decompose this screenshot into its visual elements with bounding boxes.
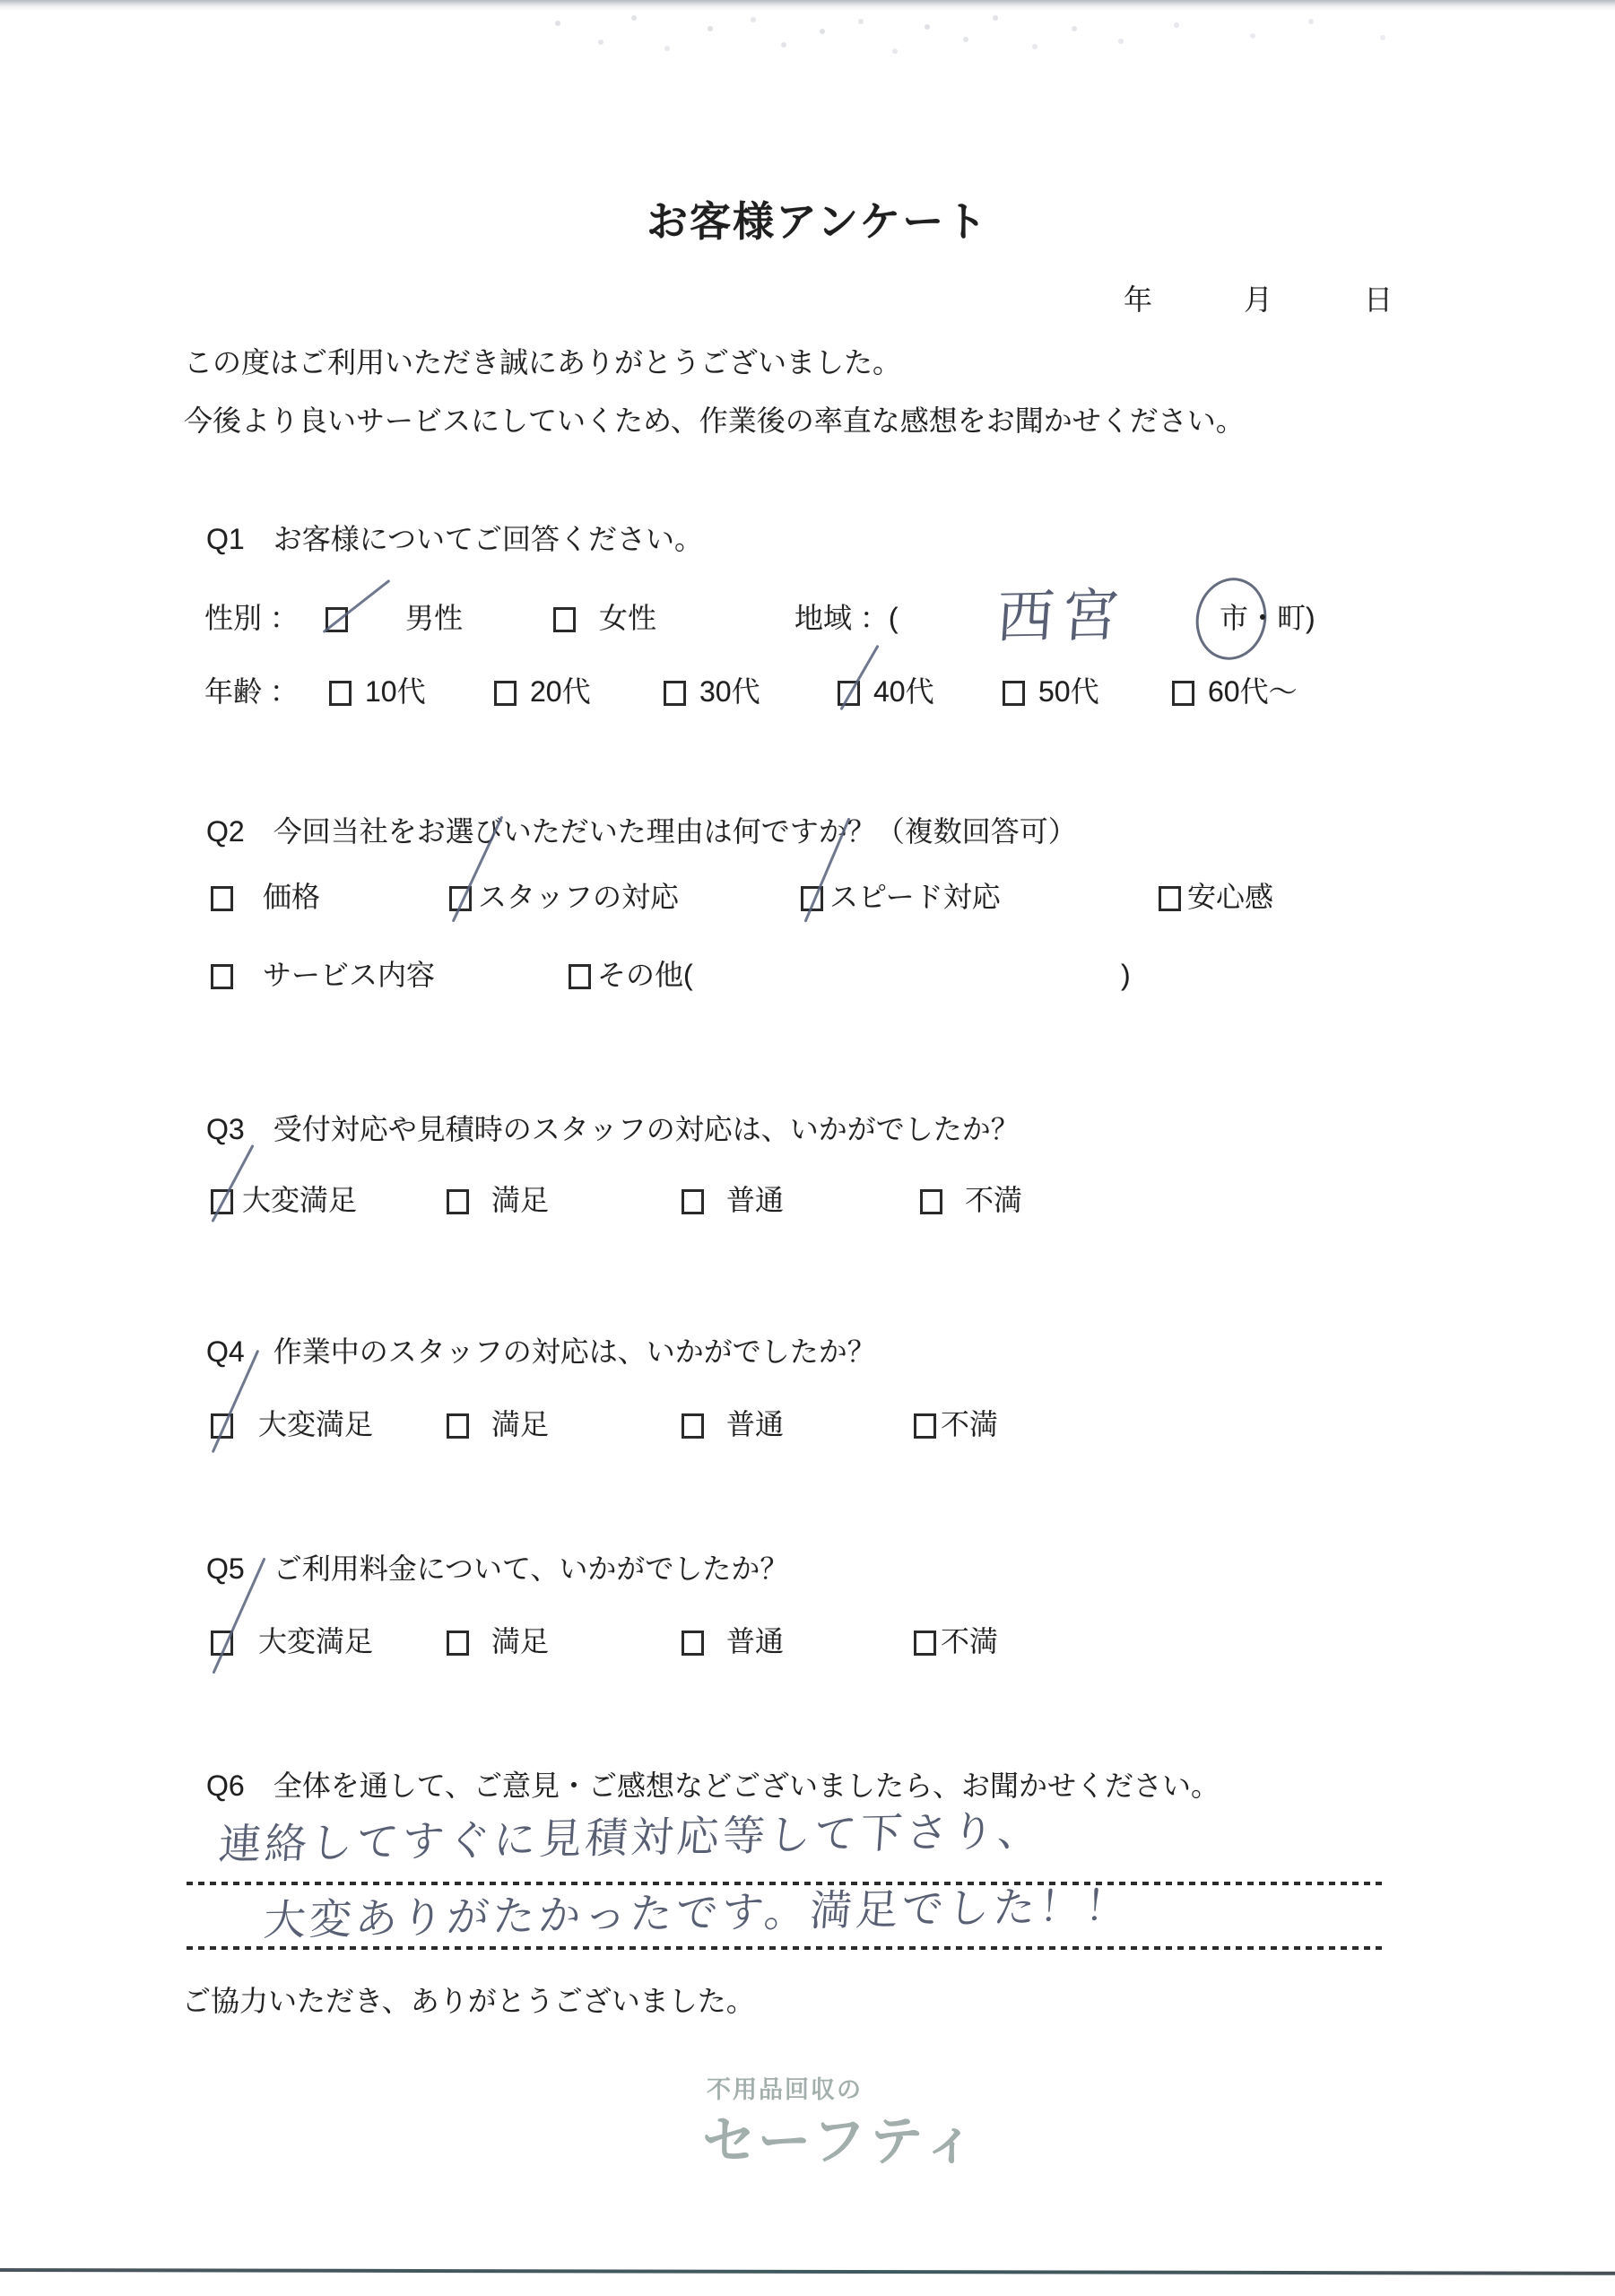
date-year-label: 年: [1124, 283, 1152, 317]
q1-age-30s-label: 30代: [699, 674, 760, 709]
scanned-survey-page: お客様アンケート 年 月 日 この度はご利用いただき誠にありがとうございました。…: [0, 0, 1615, 2296]
q3-dissatisfied-checkbox: [920, 1189, 942, 1214]
q2-price-label: 価格: [263, 880, 320, 914]
q5-neutral-checkbox: [682, 1631, 704, 1656]
footer-logo-brand: セーフティ: [702, 2099, 980, 2176]
q3-neutral-label: 普通: [726, 1183, 784, 1217]
q1-age-50s-label: 50代: [1038, 674, 1099, 709]
q5-dissatisfied-label: 不満: [941, 1624, 998, 1658]
q1-male-check-mark: [323, 579, 391, 633]
q3-neutral-checkbox: [682, 1189, 704, 1214]
q5-dissatisfied-checkbox: [914, 1631, 936, 1656]
q3-heading: Q3 受付対応や見積時のスタッフの対応は、いかがでしたか？: [206, 1112, 1020, 1146]
intro-line-2: 今後より良いサービスにしていくため、作業後の率直な感想をお聞かせください。: [184, 404, 1245, 438]
q3-very-satisfied-label: 大変満足: [242, 1183, 357, 1217]
q5-heading: Q5 ご利用料金について、いかがでしたか？: [206, 1552, 788, 1586]
q1-region-unit: 市・町): [1220, 601, 1315, 635]
q2-speed-response-label: スピード対応: [829, 880, 1001, 914]
intro-line-1: この度はご利用いただき誠にありがとうございました。: [184, 345, 901, 379]
q1-age-20s-label: 20代: [530, 674, 591, 709]
q1-age-20s-checkbox: [494, 681, 517, 706]
q2-heading: Q2 今回当社をお選びいただいた理由は何ですか？（複数回答可）: [206, 814, 1077, 848]
q2-price-checkbox: [211, 886, 233, 911]
q4-very-satisfied-label: 大変満足: [258, 1407, 373, 1441]
q4-dissatisfied-checkbox: [914, 1413, 936, 1439]
q1-heading: Q1 お客様についてご回答ください。: [206, 522, 703, 556]
q6-heading: Q6 全体を通して、ご意見・ご感想などございましたら、お聞かせください。: [206, 1769, 1220, 1803]
q2-reliability-label: 安心感: [1187, 880, 1273, 914]
q2-service-content-checkbox: [211, 964, 233, 989]
q1-female-label: 女性: [599, 601, 656, 635]
q1-age-30s-checkbox: [664, 681, 686, 706]
q1-age-label: 年齢 ：: [204, 674, 299, 709]
q5-satisfied-label: 満足: [491, 1624, 549, 1658]
q4-neutral-checkbox: [682, 1413, 704, 1439]
q1-region-label: 地域 ：(: [794, 601, 899, 635]
q1-female-checkbox: [553, 607, 576, 632]
q3-satisfied-checkbox: [447, 1189, 469, 1214]
q2-reliability-checkbox: [1159, 886, 1181, 911]
scan-speckle-noise: [0, 0, 4, 4]
scan-bottom-edge-line: [0, 2268, 1615, 2275]
q3-satisfied-label: 満足: [491, 1183, 549, 1217]
q1-region-handwritten-value: 西宮: [994, 570, 1130, 654]
q6-answer-dotted-line-2: [187, 1946, 1386, 1950]
date-day-label: 日: [1364, 283, 1393, 317]
q6-handwritten-comment-line-1: 連絡してすぐに見積対応等して下さり、: [217, 1797, 1046, 1872]
q1-gender-label: 性別 ：: [204, 601, 299, 635]
q1-age-60s-label: 60代～: [1208, 674, 1298, 709]
q1-age-50s-checkbox: [1003, 681, 1025, 706]
q4-dissatisfied-label: 不満: [941, 1407, 998, 1441]
q1-region-unit-rest: ・町): [1248, 602, 1315, 634]
date-month-label: 月: [1244, 283, 1272, 317]
q4-neutral-label: 普通: [726, 1407, 784, 1441]
q2-other-label: その他(: [597, 958, 693, 992]
q3-dissatisfied-label: 不満: [965, 1183, 1022, 1217]
closing-text: ご協力いただき、ありがとうございました。: [182, 1984, 755, 2018]
q4-satisfied-label: 満足: [491, 1407, 549, 1441]
q5-neutral-label: 普通: [726, 1624, 784, 1658]
q5-very-satisfied-label: 大変満足: [258, 1624, 373, 1658]
q2-staff-response-label: スタッフの対応: [478, 880, 679, 914]
q5-satisfied-checkbox: [447, 1631, 469, 1656]
q1-age-10s-checkbox: [329, 681, 352, 706]
scan-edge-noise: [0, 0, 1615, 11]
q4-satisfied-checkbox: [447, 1413, 469, 1439]
q2-other-close-paren: ): [1121, 958, 1131, 992]
q1-male-label: 男性: [405, 601, 463, 635]
page-title: お客様アンケート: [647, 199, 988, 244]
q1-age-10s-label: 10代: [365, 674, 426, 709]
q4-heading: Q4 作業中のスタッフの対応は、いかがでしたか？: [206, 1335, 876, 1369]
q2-other-checkbox: [569, 964, 591, 989]
q1-region-unit-city: 市: [1220, 602, 1248, 634]
q2-service-content-label: サービス内容: [263, 958, 435, 992]
q1-age-40s-label: 40代: [873, 674, 934, 709]
q1-age-60s-checkbox: [1172, 681, 1194, 706]
